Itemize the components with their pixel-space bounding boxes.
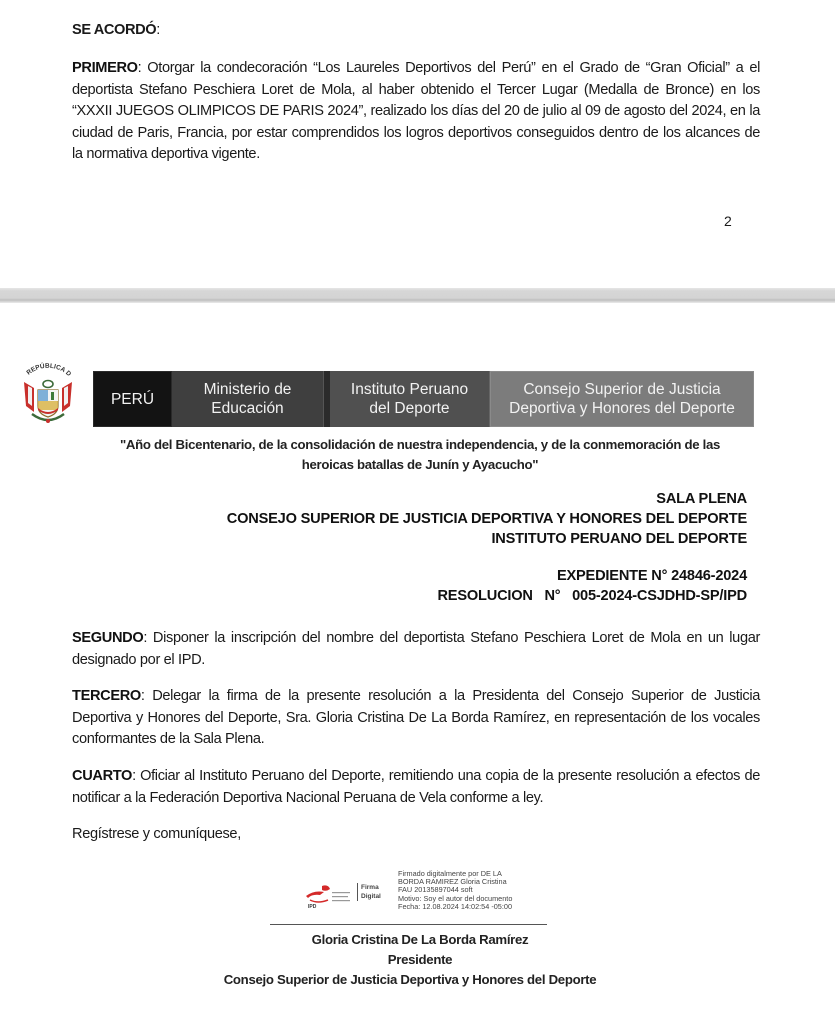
article-text: : Delegar la firma de la presente resolu… xyxy=(72,688,760,747)
resolucion-number: RESOLUCION N° 005-2024-CSJDHD-SP/IPD xyxy=(437,586,747,606)
page-separator xyxy=(0,288,835,303)
closing-formula: Regístrese y comuníquese, xyxy=(72,824,760,846)
article-label: CUARTO xyxy=(72,768,132,784)
banner-consejo-superior: Consejo Superior de JusticiaDeportiva y … xyxy=(490,371,754,427)
article-text: : Oficiar al Instituto Peruano del Depor… xyxy=(72,768,760,806)
article-label: PRIMERO xyxy=(72,60,138,76)
article-tercero: TERCERO: Delegar la firma de la presente… xyxy=(72,686,760,751)
article-cuarto: CUARTO: Oficiar al Instituto Peruano del… xyxy=(72,766,760,809)
entity-line: SALA PLENA xyxy=(227,489,747,509)
entity-line: CONSEJO SUPERIOR DE JUSTICIA DEPORTIVA Y… xyxy=(227,509,747,529)
expediente-number: EXPEDIENTE N° 24846-2024 xyxy=(437,566,747,586)
coat-of-arms-icon: REPÚBLICA DEL PERÚ xyxy=(18,360,78,428)
svg-text:REPÚBLICA DEL PERÚ: REPÚBLICA DEL PERÚ xyxy=(18,360,72,378)
institutional-banner: PERÚ Ministerio deEducación Instituto Pe… xyxy=(93,371,754,427)
digital-signature-stamp[interactable]: IPD Firma Digital Firmado digitalmente p… xyxy=(302,870,542,915)
case-reference-block: EXPEDIENTE N° 24846-2024 RESOLUCION N° 0… xyxy=(437,566,747,606)
firma-digital-badge: Firma Digital xyxy=(357,883,381,901)
year-motto: "Año del Bicentenario, de la consolidaci… xyxy=(95,435,745,475)
article-segundo: SEGUNDO: Disponer la inscripción del nom… xyxy=(72,628,760,671)
se-acordo-heading: SE ACORDÓ: xyxy=(72,22,160,38)
document-page-2: SE ACORDÓ: PRIMERO: Otorgar la condecora… xyxy=(0,0,835,288)
signatory-organization: Consejo Superior de Justicia Deportiva y… xyxy=(200,970,620,990)
signatory-block: Gloria Cristina De La Borda Ramírez Pres… xyxy=(220,930,620,990)
article-label: TERCERO xyxy=(72,688,141,704)
entity-line: INSTITUTO PERUANO DEL DEPORTE xyxy=(227,529,747,549)
banner-ministerio-educacion: Ministerio deEducación xyxy=(172,371,324,427)
article-label: SEGUNDO xyxy=(72,630,143,646)
article-text: : Otorgar la condecoración “Los Laureles… xyxy=(72,60,760,162)
svg-text:IPD: IPD xyxy=(308,904,317,910)
banner-instituto-peruano-deporte: Instituto Peruanodel Deporte xyxy=(330,371,490,427)
signature-line xyxy=(270,924,547,925)
article-primero: PRIMERO: Otorgar la condecoración “Los L… xyxy=(72,58,760,166)
signature-details: Firmado digitalmente por DE LA BORDA RAM… xyxy=(398,870,512,911)
entity-block: SALA PLENA CONSEJO SUPERIOR DE JUSTICIA … xyxy=(227,489,747,549)
page-number: 2 xyxy=(724,213,732,229)
signatory-title: Presidente xyxy=(220,950,620,970)
banner-peru: PERÚ xyxy=(93,371,172,427)
signatory-name: Gloria Cristina De La Borda Ramírez xyxy=(220,930,620,950)
article-text: : Disponer la inscripción del nombre del… xyxy=(72,630,760,668)
